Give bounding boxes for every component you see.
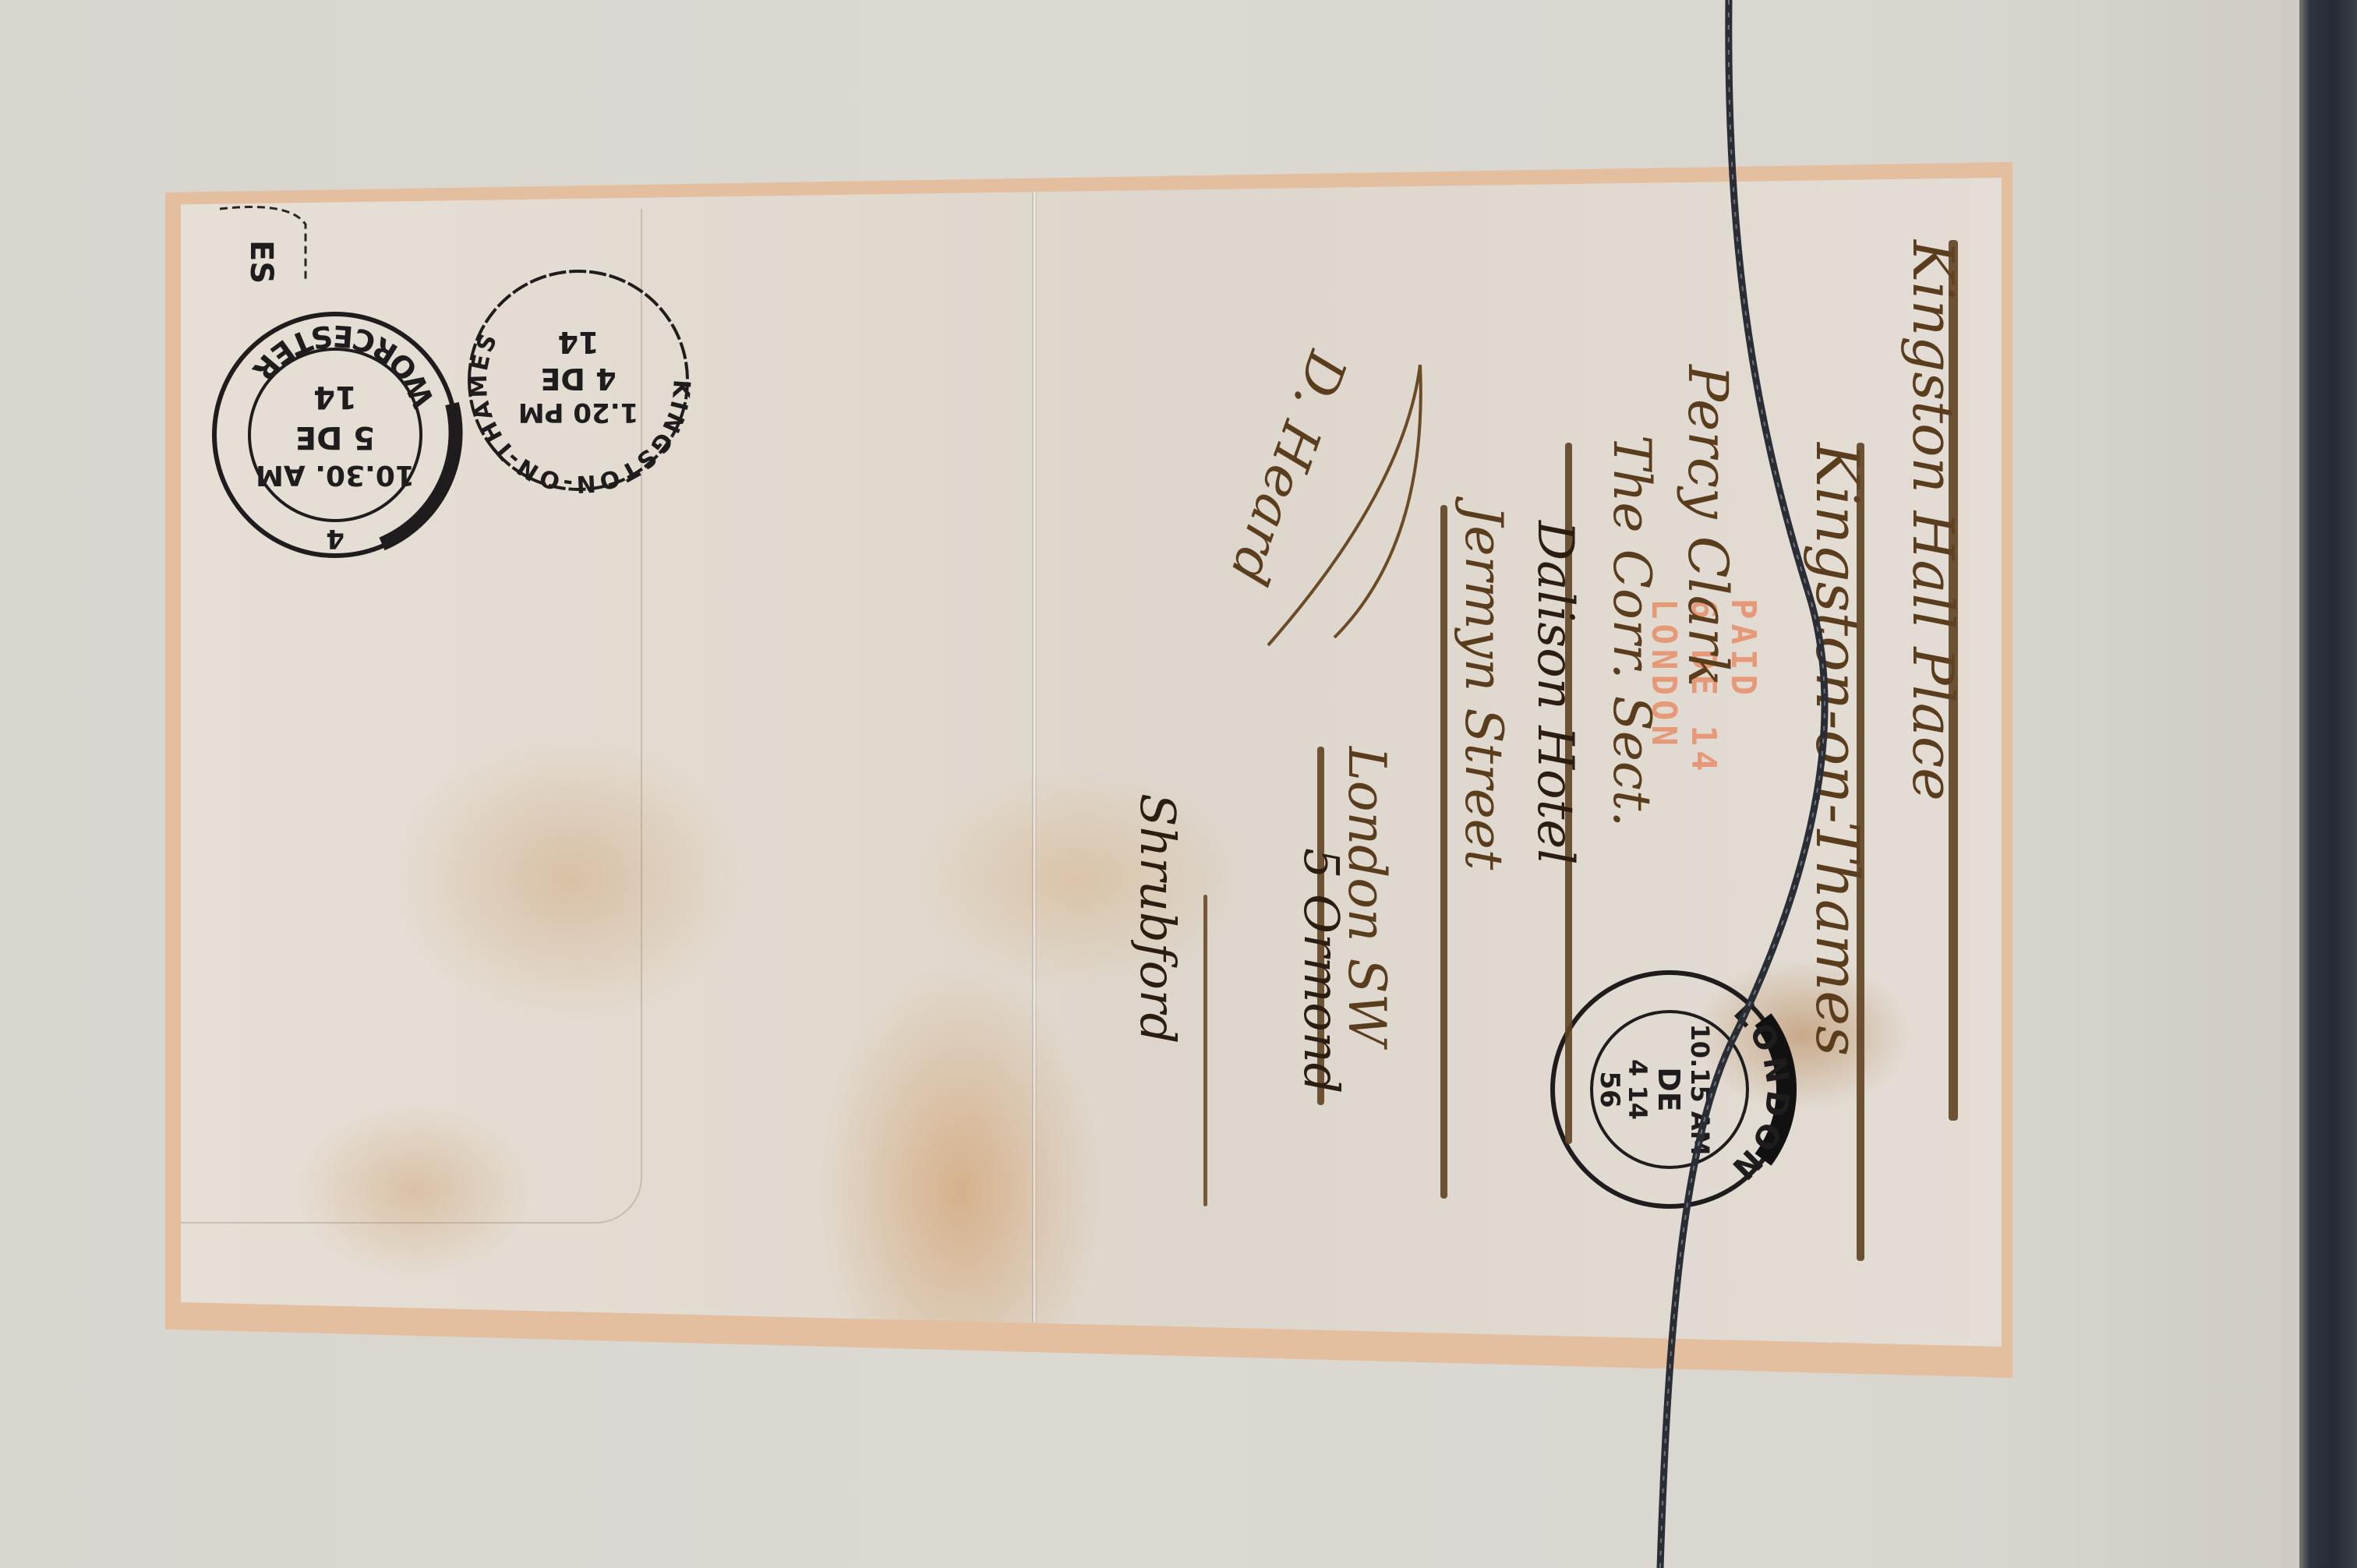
address-line-jermyn-street: Jermyn Street — [1454, 505, 1514, 870]
svg-text:4: 4 — [326, 523, 345, 554]
svg-text:DE: DE — [1652, 1067, 1686, 1112]
strike-through-line-4 — [1440, 505, 1447, 1199]
postal-cover: ES WORCESTER 4 10.30. AM 5 DE 14 — [181, 178, 2002, 1347]
strike-through-line-1 — [1949, 240, 1958, 1121]
svg-text:10.15 AM: 10.15 AM — [1685, 1024, 1715, 1156]
address-line-percy-clark: Percy Clark — [1676, 365, 1740, 687]
svg-text:4 14: 4 14 — [1623, 1059, 1652, 1120]
postmark-kingston-on-thames: KINGSTON-ON-THAMES 1.20 PM 4 DE 14 — [461, 263, 695, 497]
redirect-address-ormond: 5 Ormond — [1293, 848, 1350, 1093]
forward-note-shrubford: Shrubford — [1129, 793, 1186, 1044]
address-line-hotel: Dalison Hotel — [1526, 521, 1584, 865]
postmark-worcester: WORCESTER 4 10.30. AM 5 DE 14 — [203, 302, 468, 567]
svg-text:14: 14 — [313, 379, 357, 415]
svg-text:5 DE: 5 DE — [295, 419, 375, 455]
svg-text:10.30. AM: 10.30. AM — [256, 459, 415, 491]
svg-text:4 DE: 4 DE — [540, 362, 616, 396]
svg-text:1.20 PM: 1.20 PM — [518, 397, 638, 428]
address-line-corr-sect: The Corr. Sect. — [1602, 435, 1662, 827]
svg-text:56: 56 — [1594, 1071, 1625, 1107]
svg-text:ES: ES — [243, 240, 279, 284]
underline-stroke — [1203, 895, 1207, 1206]
svg-text:14: 14 — [558, 325, 599, 359]
strike-through-line-2 — [1857, 443, 1864, 1261]
photo-scene: ES WORCESTER 4 10.30. AM 5 DE 14 — [0, 0, 2357, 1568]
picture-frame-edge — [2299, 0, 2357, 1568]
postmark-london: LONDON 10.15 AM DE 4 14 56 — [1537, 957, 1802, 1222]
signature: D. Heard — [1217, 344, 1358, 593]
fold-crease — [1032, 178, 1037, 1347]
postmark-corner-fragment: ES — [204, 193, 329, 287]
